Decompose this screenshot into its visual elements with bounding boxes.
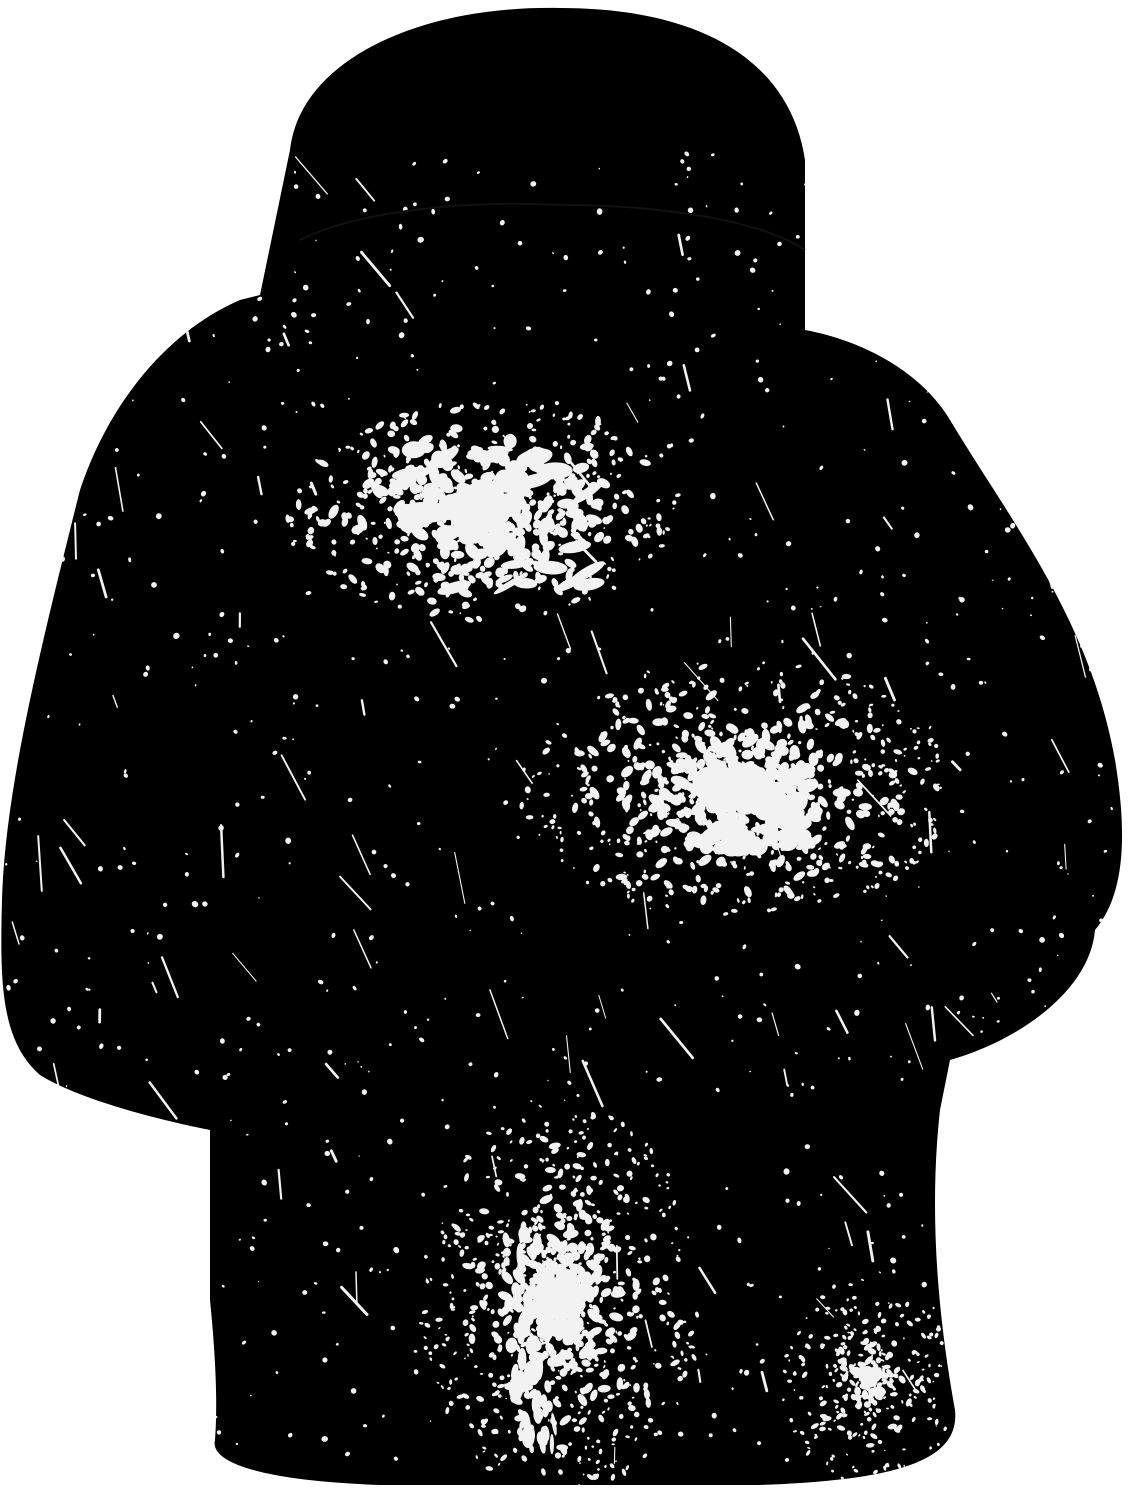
hoodie-illustration [0,0,1130,1500]
product-photo [0,0,1130,1500]
